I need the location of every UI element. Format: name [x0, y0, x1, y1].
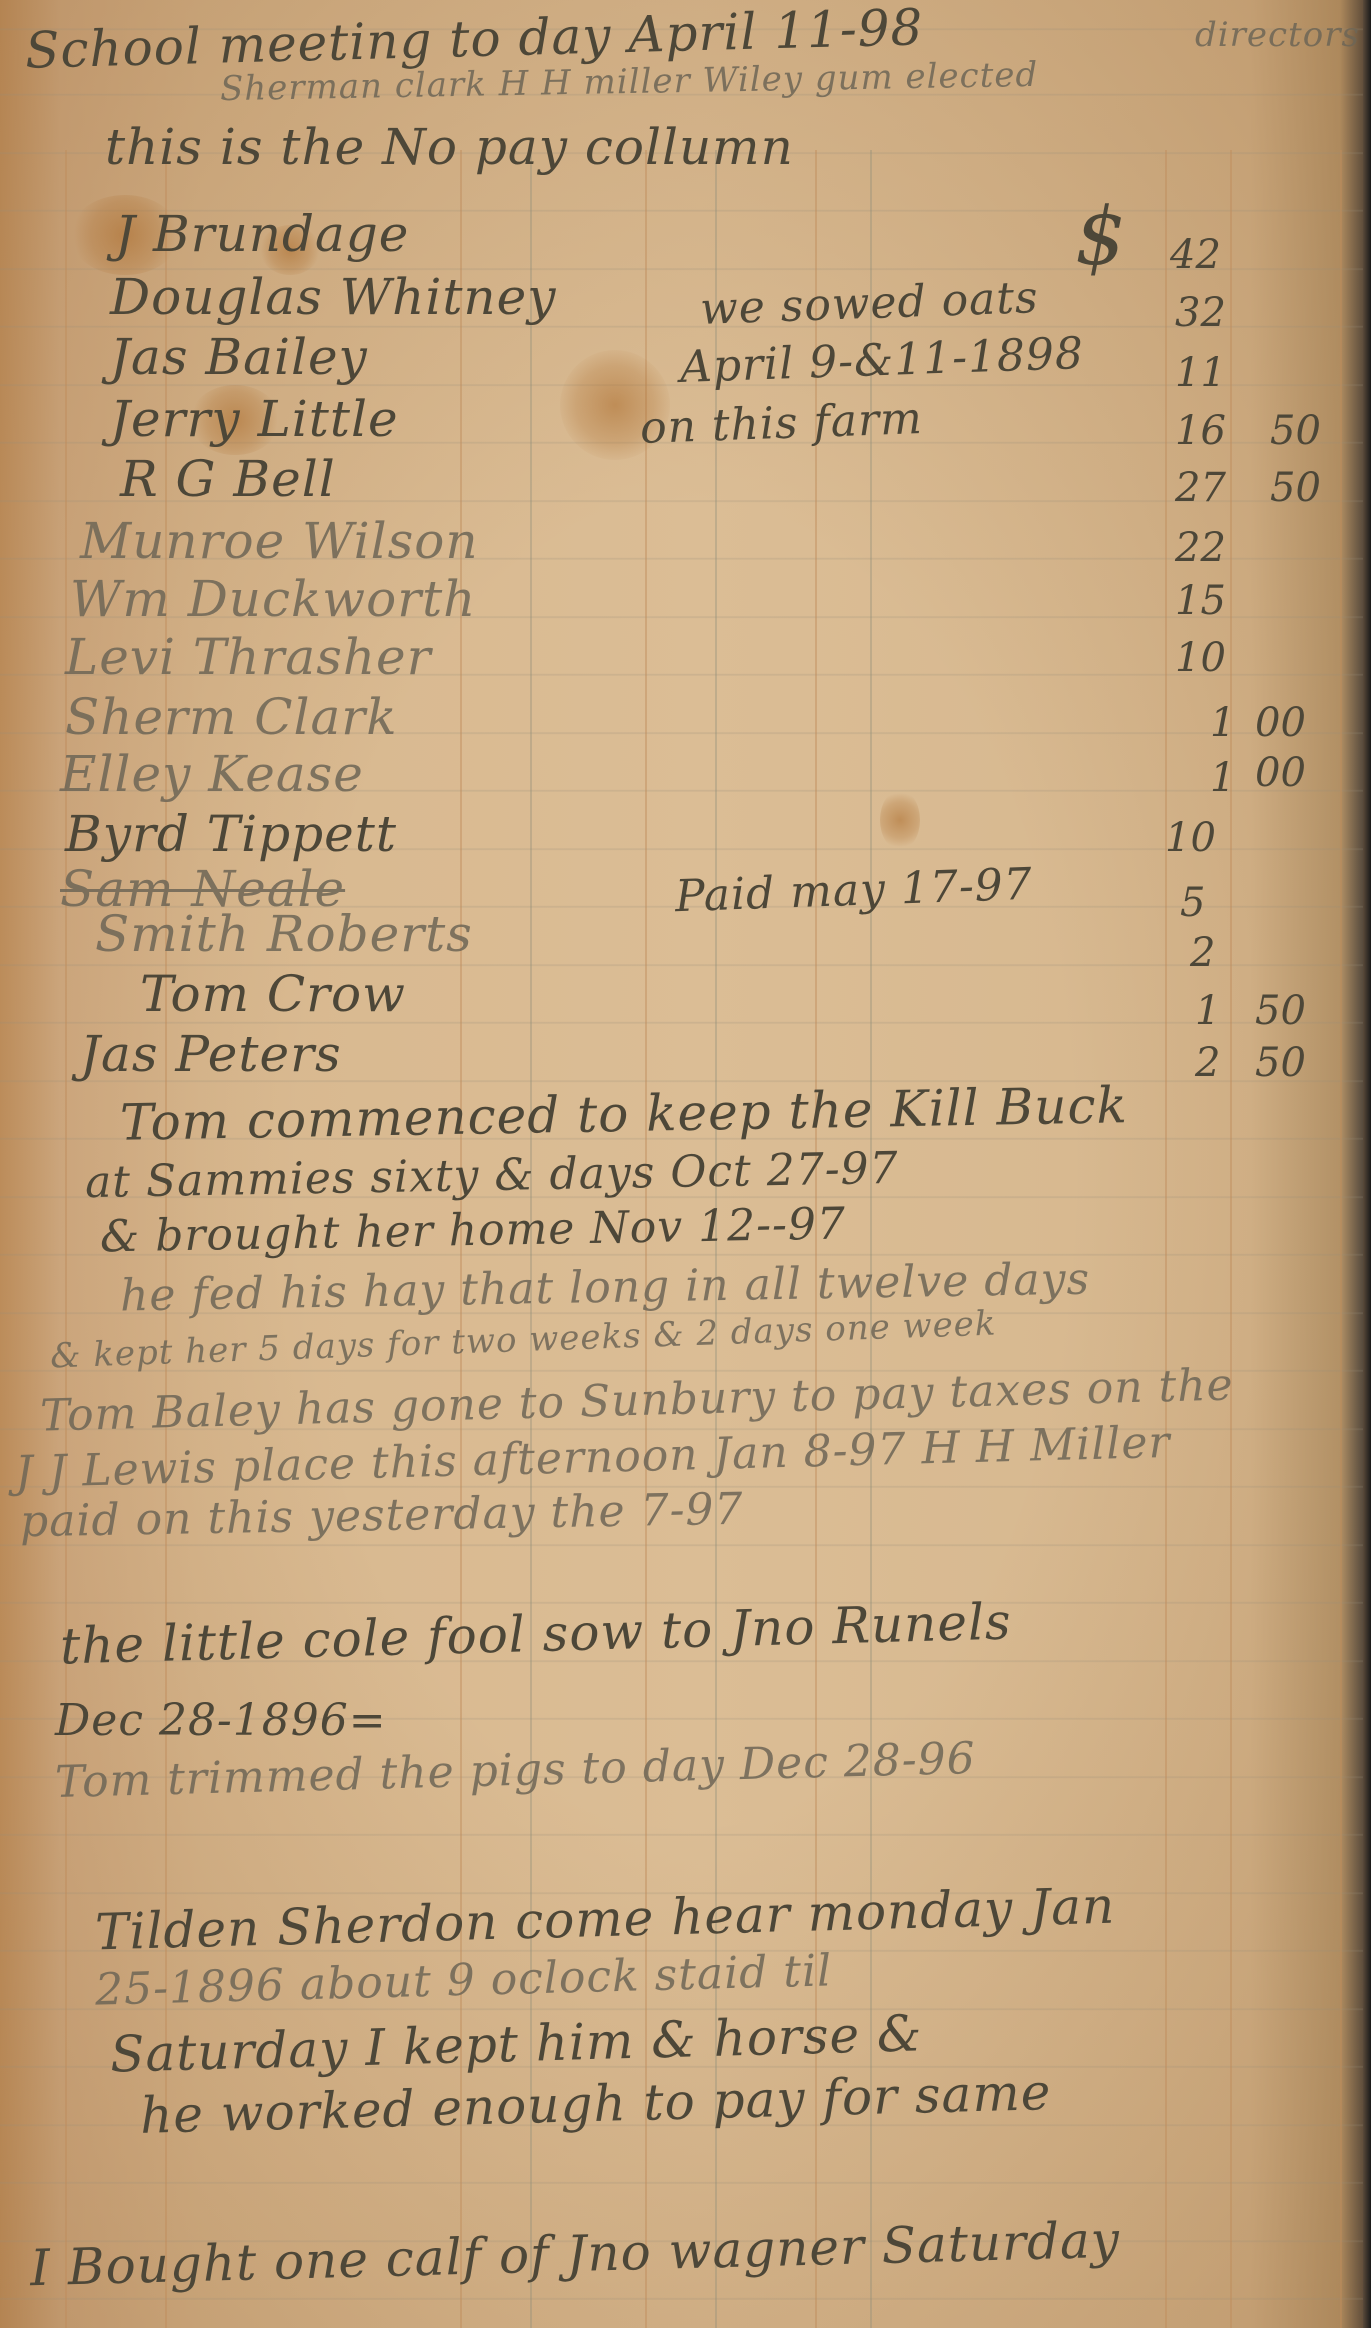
ledger-name: Tom Crow: [140, 965, 406, 1023]
ledger-dollars: 1: [1195, 988, 1220, 1034]
ledger-note: April 9-&11-1898: [679, 328, 1085, 393]
header-pay-column: this is the No pay collumn: [105, 118, 794, 176]
note-line: & brought her home Nov 12--97: [100, 1198, 847, 1262]
ledger-dollars: 10: [1175, 635, 1226, 681]
column-rule: [1230, 150, 1232, 2328]
ledger-name: Smith Roberts: [95, 905, 473, 963]
note-line: Dec 28-1896=: [55, 1695, 387, 1746]
ledger-name: Elley Kease: [60, 745, 364, 803]
ledger-dollars: 2: [1190, 930, 1215, 976]
ledger-note: we sowed oats: [699, 272, 1039, 335]
ledger-name: Byrd Tippett: [65, 805, 397, 863]
ledger-dollars: 11: [1175, 350, 1226, 396]
ledger-dollars: 27: [1175, 465, 1226, 511]
ledger-dollars: 1: [1210, 755, 1235, 801]
column-rule: [65, 150, 67, 2328]
ledger-dollars: 16: [1175, 408, 1226, 454]
ledger-cents: 50: [1270, 408, 1321, 454]
note-line: I Bought one calf of Jno wagner Saturday: [29, 2211, 1120, 2298]
ledger-dollars: 5: [1180, 880, 1205, 926]
ledger-dollars: 2: [1195, 1040, 1220, 1086]
ledger-dollars: 32: [1175, 290, 1226, 336]
column-rule: [870, 150, 872, 2328]
ledger-dollars: 15: [1175, 578, 1226, 624]
ledger-name: Jerry Little: [110, 390, 399, 448]
ledger-cents: 00: [1255, 750, 1306, 796]
ledger-name: Jas Bailey: [110, 328, 368, 386]
book-spine-edge: [1363, 0, 1371, 2328]
ledger-dollars: 1: [1210, 700, 1235, 746]
ledger-cents: 50: [1255, 1040, 1306, 1086]
ledger-name: Sherm Clark: [65, 688, 398, 746]
column-rule: [1165, 150, 1167, 2328]
ledger-name: Jas Peters: [80, 1025, 342, 1083]
water-stain: [880, 790, 920, 850]
ledger-dollars: 10: [1165, 815, 1216, 861]
dollar-sign: $: [1075, 190, 1127, 283]
ledger-name: R G Bell: [120, 450, 336, 508]
ledger-cents: 50: [1255, 988, 1306, 1034]
ledger-page: School meeting to day April 11-98 direct…: [0, 0, 1371, 2328]
ledger-dollars: 22: [1175, 525, 1226, 571]
header-margin-note: directors: [1195, 15, 1360, 55]
ledger-dollars: 42: [1170, 232, 1221, 278]
note-line: at Sammies sixty & days Oct 27-97: [85, 1143, 899, 1208]
ledger-name: Douglas Whitney: [110, 268, 556, 326]
ledger-name: Levi Thrasher: [65, 628, 432, 686]
note-line: Tom commenced to keep the Kill Buck: [120, 1076, 1129, 1152]
ledger-name: J Brundage: [115, 205, 409, 263]
ledger-note: on this farm: [639, 393, 923, 454]
column-rule: [1340, 150, 1342, 2328]
ledger-name: Wm Duckworth: [70, 570, 476, 628]
ledger-cents: 50: [1270, 465, 1321, 511]
note-line: Tilden Sherdon come hear monday Jan: [94, 1877, 1115, 1962]
ledger-name: Munroe Wilson: [80, 512, 479, 570]
ledger-note-paid: Paid may 17-97: [674, 859, 1033, 922]
ledger-cents: 00: [1255, 700, 1306, 746]
